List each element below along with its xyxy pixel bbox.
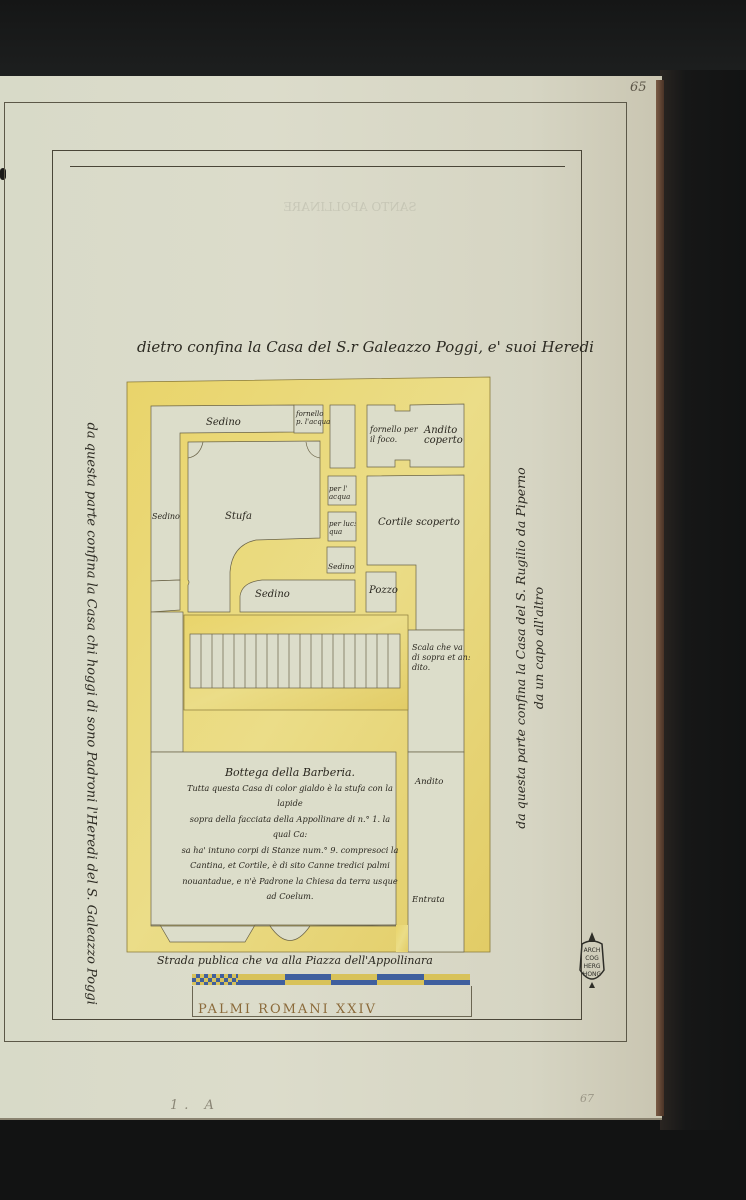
scale-segment <box>238 974 284 985</box>
label-sedino-top: Sedino <box>206 418 241 428</box>
svg-text:HONG: HONG <box>583 971 602 978</box>
label-entrata: Entrata <box>412 895 445 905</box>
scale-segment <box>424 974 470 985</box>
room-left-strip <box>151 612 183 752</box>
pencil-shelfmark: 1. A <box>170 1098 220 1113</box>
scale-label: PALMI ROMANI XXIV <box>198 1002 377 1017</box>
scale-bar <box>192 974 470 985</box>
label-sedino-bottom: Sedino <box>255 590 290 600</box>
room-narrow <box>330 405 355 468</box>
svg-text:ARCH: ARCH <box>584 947 601 954</box>
description-line: ad Coelum. <box>180 889 400 905</box>
room-sedino-left <box>151 580 180 612</box>
label-per-acqua: per l' acqua <box>329 485 350 501</box>
label-fornello-foco: fornello per il foco. <box>370 425 418 445</box>
label-stufa: Stufa <box>225 512 252 522</box>
description-title: Bottega della Barberia. <box>180 765 400 781</box>
description-line: Cantina, et Cortile, è di sito Canne tre… <box>180 858 400 874</box>
label-scala: Scala che va di sopra et an: dito. <box>412 643 471 673</box>
pencil-corner-mark: 67 <box>580 1092 594 1105</box>
scale-segment <box>331 974 377 985</box>
svg-text:HERG: HERG <box>583 963 600 970</box>
scale-segment <box>285 974 331 985</box>
street-caption: Strada publica che va alla Piazza dell'A… <box>157 954 433 967</box>
floor-plan <box>0 0 746 1200</box>
property-description: Bottega della Barberia. Tutta questa Cas… <box>180 765 400 905</box>
svg-text:COG: COG <box>585 955 599 962</box>
label-per-luce: per luc: qua <box>329 520 356 536</box>
description-line: sopra della facciata della Appollinare d… <box>180 812 400 843</box>
label-cortile-scoperto: Cortile scoperto <box>378 518 460 528</box>
description-line: sa ha' intuno corpi di Stanze num.° 9. c… <box>180 843 400 859</box>
scale-segment-checkered <box>192 974 238 985</box>
library-stamp-icon: ARCH COG HERG HONG <box>576 930 608 992</box>
label-andito: Andito <box>415 777 443 787</box>
stair-steps-area <box>190 634 400 688</box>
label-sedino-left: Sedino <box>152 512 180 522</box>
label-fornello-acqua: fornello p. l'acqua <box>296 410 330 426</box>
description-line: nouantadue, e n'è Padrone la Chiesa da t… <box>180 874 400 890</box>
label-andito-coperto: Andito coperto <box>424 426 463 446</box>
description-line: Tutta questa Casa di color gialdo è la s… <box>180 781 400 812</box>
label-sedino-small: Sedino <box>328 562 354 572</box>
label-pozzo: Pozzo <box>369 586 398 596</box>
scale-segment <box>377 974 423 985</box>
